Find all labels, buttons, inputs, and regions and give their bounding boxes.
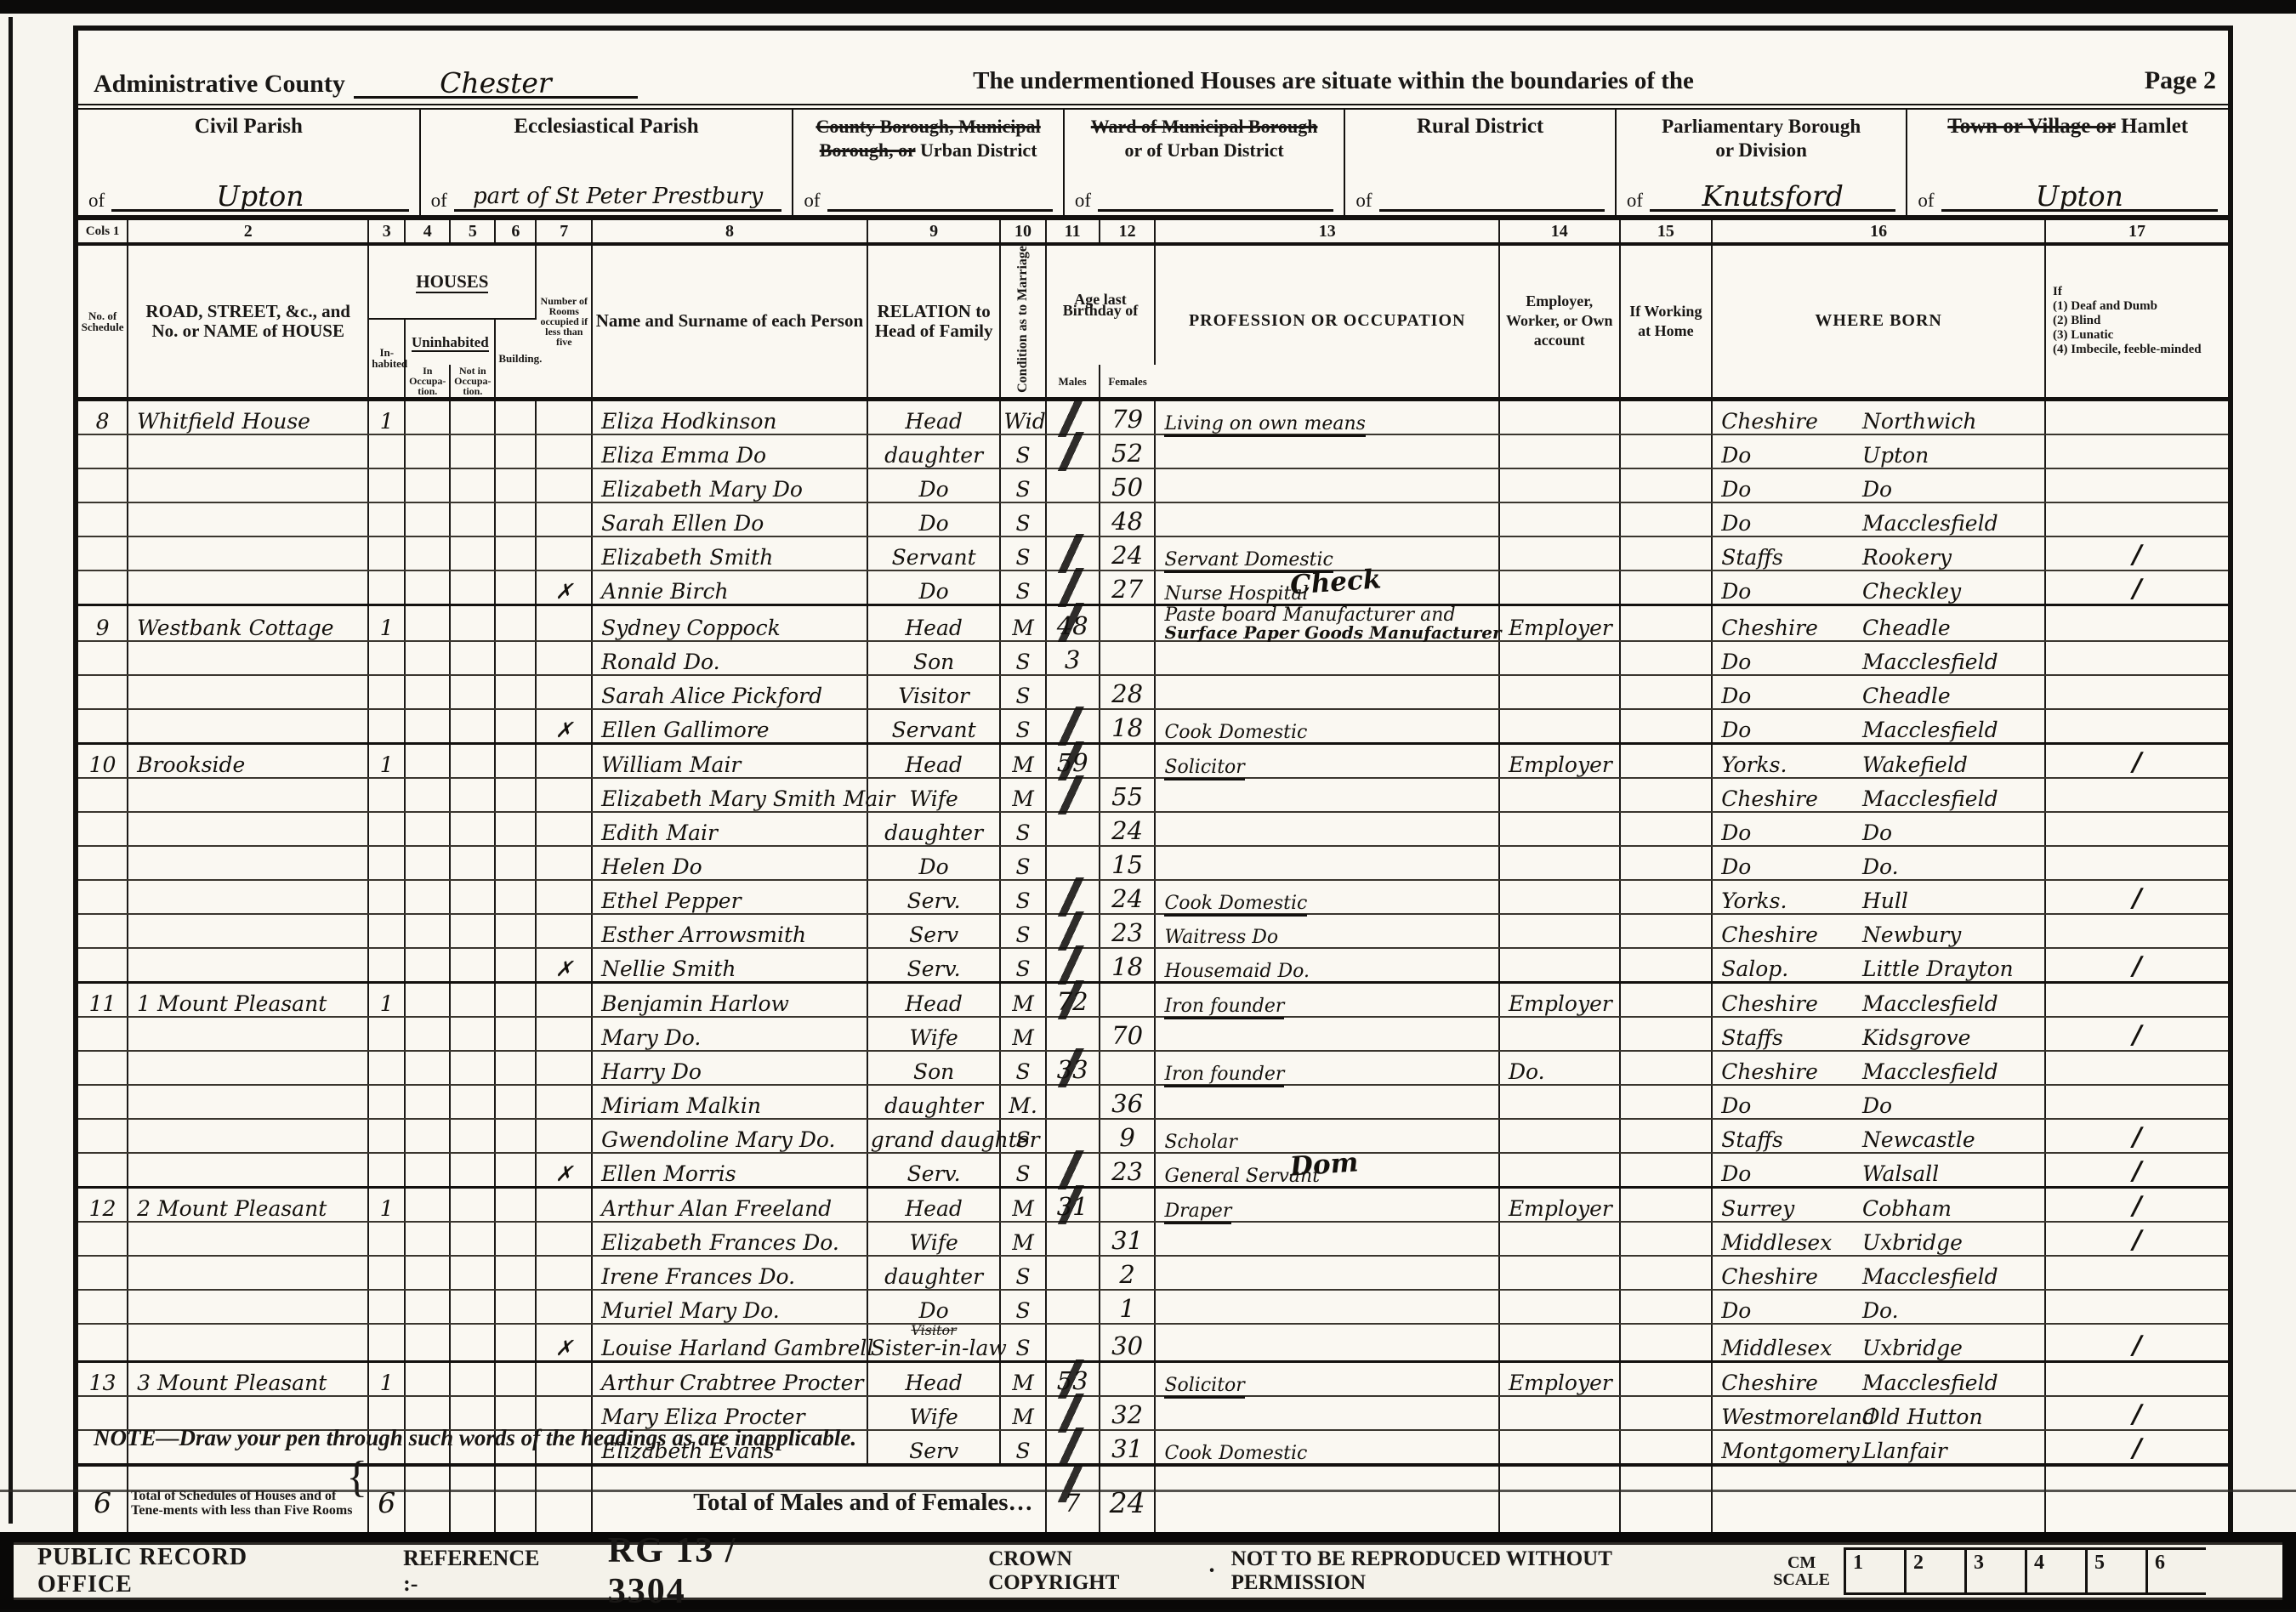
person-name-cell: Elizabeth Mary Smith Mair	[592, 778, 867, 812]
rooms-mark-cell	[536, 604, 592, 641]
born-place: Little Drayton	[1862, 956, 2042, 981]
relation-value: Serv	[909, 922, 958, 947]
uninhabited-not-in-occupation-cell	[450, 604, 495, 641]
working-at-home-cell	[1620, 536, 1713, 570]
infirmity-mark: /	[2133, 1433, 2142, 1463]
occupation-cell: Iron founder	[1155, 982, 1498, 1017]
uninhabited-in-occupation-cell	[405, 1153, 450, 1188]
building-col-header: Building.	[495, 319, 536, 399]
schedule-number-cell: 11	[78, 982, 128, 1017]
relation-cell: Visitor	[867, 675, 1001, 709]
person-name: Harry Do	[601, 1059, 702, 1084]
person-name-cell: Ethel Pepper	[592, 880, 867, 914]
inhabited-cell	[368, 468, 405, 502]
building-cell	[495, 1187, 536, 1222]
employer-cell	[1499, 1324, 1620, 1362]
building-cell	[495, 434, 536, 468]
where-born: DoMacclesfield	[1721, 511, 2042, 536]
employer-cell	[1499, 1396, 1620, 1430]
uninhabited-in-occupation-cell	[405, 846, 450, 880]
male-age-cell	[1046, 709, 1100, 744]
born-place: Macclesfield	[1862, 1371, 2042, 1395]
person-name: Sarah Ellen Do	[601, 511, 764, 536]
house-name-cell	[128, 1256, 368, 1290]
house-name-cell	[128, 536, 368, 570]
relation-value: Do	[919, 511, 949, 536]
person-name-cell: Arthur Alan Freeland	[592, 1187, 867, 1222]
employer-cell	[1499, 1085, 1620, 1119]
building-cell	[495, 1119, 536, 1153]
building-cell	[495, 675, 536, 709]
struck-text: Town or Village or	[1947, 115, 2116, 138]
person-name-cell: Edith Mair	[592, 812, 867, 846]
occupation-text: Housemaid Do.	[1164, 962, 1495, 981]
person-name: William Mair	[601, 752, 741, 777]
rooms-mark-cell	[536, 880, 592, 914]
condition-cell: S	[1000, 570, 1045, 605]
table-row: Eliza Emma DodaughterS52DoUpton	[78, 434, 2228, 468]
table-row: Ethel PepperServ.S24Cook DomesticYorks.H…	[78, 880, 2228, 914]
occupation-overwrite: Dom	[1290, 1153, 1360, 1177]
house-name-cell	[128, 948, 368, 983]
inhabited-cell	[368, 1085, 405, 1119]
uninhabited-not-in-occupation-cell	[450, 778, 495, 812]
occupation-line: Living on own means	[1164, 413, 1365, 437]
building-cell	[495, 1361, 536, 1396]
where-born-cell: DoCheadle	[1712, 675, 2045, 709]
male-age-cell: 33	[1046, 1051, 1100, 1085]
occupation-cell: Draper	[1155, 1187, 1498, 1222]
table-row: Sarah Alice PickfordVisitorS28DoCheadle	[78, 675, 2228, 709]
census-table: Cols 1 2 3 4 5 6 7 8 9 10 11 12 13 14 15…	[78, 220, 2228, 1540]
male-age-cell	[1046, 778, 1100, 812]
schedule-number-cell	[78, 1324, 128, 1362]
col-num: 2	[128, 220, 368, 244]
inhabited-cell	[368, 812, 405, 846]
person-name: Elizabeth Frances Do.	[601, 1230, 839, 1255]
house-name-cell	[128, 1017, 368, 1051]
inhabited-cell	[368, 536, 405, 570]
rooms-mark-cell	[536, 846, 592, 880]
relation-value: Servant	[892, 718, 976, 742]
born-place: Do.	[1862, 854, 2042, 879]
uninhabited-in-occupation-cell	[405, 502, 450, 536]
condition-cell: S	[1000, 641, 1045, 675]
infirmity-cell: /	[2045, 1187, 2228, 1222]
schedule-number-cell: 8	[78, 399, 128, 434]
table-row: Edith MairdaughterS24DoDo	[78, 812, 2228, 846]
building-cell	[495, 399, 536, 434]
where-born-cell: CheshireMacclesfield	[1712, 1256, 2045, 1290]
employer-cell	[1499, 502, 1620, 536]
uninhabited-in-occupation-cell	[405, 1119, 450, 1153]
female-age-cell: 28	[1100, 675, 1156, 709]
where-born-cell: DoMacclesfield	[1712, 502, 2045, 536]
table-row: Gwendoline Mary Do.grand daughterS9Schol…	[78, 1119, 2228, 1153]
employer-cell	[1499, 1119, 1620, 1153]
infirmity-cell: /	[2045, 1396, 2228, 1430]
occupation-cell: General ServantDom	[1155, 1153, 1498, 1188]
where-born: WestmorelandOld Hutton	[1721, 1405, 2042, 1429]
where-born: SurreyCobham	[1721, 1196, 2042, 1221]
empty-cell	[450, 1465, 495, 1540]
schedule-number-cell	[78, 1085, 128, 1119]
person-name-cell: Louise Harland Gambrell	[592, 1324, 867, 1362]
infirmity-cell	[2045, 914, 2228, 948]
parliamentary-borough-label: Parliamentary Borough or Division	[1623, 115, 1900, 162]
of-label: of	[1355, 190, 1372, 212]
born-county: Surrey	[1721, 1196, 1862, 1221]
condition-cell: S	[1000, 675, 1045, 709]
where-born: DoCheadle	[1721, 684, 2042, 708]
where-born: Salop.Little Drayton	[1721, 956, 2042, 981]
column-number-row: Cols 1 2 3 4 5 6 7 8 9 10 11 12 13 14 15…	[78, 220, 2228, 244]
person-name: Eliza Hodkinson	[601, 409, 776, 434]
occupation-cell: Cook Domestic	[1155, 1430, 1498, 1465]
infirmity-col-header: If (1) Deaf and Dumb (2) Blind (3) Lunat…	[2045, 244, 2228, 399]
relation-cell: daughter	[867, 434, 1001, 468]
female-age-cell: 18	[1100, 948, 1156, 983]
schedule-number-cell	[78, 1119, 128, 1153]
occupation-cell: Iron founder	[1155, 1051, 1498, 1085]
cm-scale-label: CM SCALE	[1773, 1554, 1830, 1588]
infirmity-mark: /	[2133, 951, 2142, 981]
where-born: MiddlesexUxbridge	[1721, 1230, 2042, 1255]
empty-cell	[1499, 1465, 1620, 1540]
relation-col-header: RELATION to Head of Family	[867, 244, 1001, 399]
male-age-cell: 59	[1046, 743, 1100, 778]
parliamentary-borough-box: Parliamentary Borough or Division of Knu…	[1617, 110, 1908, 215]
where-born-cell: DoDo.	[1712, 846, 2045, 880]
table-row: Mary Do.WifeM70StaffsKidsgrove/	[78, 1017, 2228, 1051]
house-name-cell	[128, 1051, 368, 1085]
where-born: DoCheckley	[1721, 579, 2042, 604]
born-place: Macclesfield	[1862, 1059, 2042, 1084]
col-num: 7	[536, 220, 592, 244]
schedule-number-cell	[78, 846, 128, 880]
where-born-cell: Yorks.Hull	[1712, 880, 2045, 914]
born-place: Upton	[1862, 443, 2042, 468]
infirmity-cell	[2045, 778, 2228, 812]
schedule-number-cell	[78, 675, 128, 709]
empty-cell	[405, 1465, 450, 1540]
female-age-cell: 24	[1100, 880, 1156, 914]
relation-cell: Head	[867, 1187, 1001, 1222]
person-name: Esther Arrowsmith	[601, 922, 806, 947]
uninhabited-not-in-occupation-cell	[450, 1222, 495, 1256]
born-county: Do	[1721, 684, 1862, 708]
employer-cell: Employer	[1499, 982, 1620, 1017]
relation-cell: daughter	[867, 1256, 1001, 1290]
occupation-text: General ServantDom	[1164, 1167, 1495, 1186]
table-row: ✗Nellie SmithServ.S18Housemaid Do.Salop.…	[78, 948, 2228, 983]
rooms-mark-cell	[536, 812, 592, 846]
civil-parish-value: Upton	[111, 184, 408, 212]
rooms-mark-cell	[536, 675, 592, 709]
employer-col-header: Employer, Worker, or Own account	[1499, 244, 1620, 399]
col-num: 5	[450, 220, 495, 244]
born-county: Cheshire	[1721, 1059, 1862, 1084]
working-at-home-cell	[1620, 502, 1713, 536]
table-row: Muriel Mary Do.DoS1DoDo.	[78, 1290, 2228, 1324]
occupation-line: Nurse Hospital	[1164, 583, 1308, 604]
males-females-total-label: Total of Males and of Females…	[592, 1465, 1045, 1540]
occupation-line: Cook Domestic	[1164, 893, 1307, 917]
table-row: ✗Annie BirchDoS27Nurse HospitalCheckDoCh…	[78, 570, 2228, 605]
rooms-mark-cell	[536, 502, 592, 536]
where-born-cell: CheshireCheadle	[1712, 604, 2045, 641]
person-name-cell: Mary Do.	[592, 1017, 867, 1051]
relation-cell: Do	[867, 570, 1001, 605]
infirmity-cell: /	[2045, 880, 2228, 914]
born-place: Macclesfield	[1862, 511, 2042, 536]
where-born-cell: StaffsNewcastle	[1712, 1119, 2045, 1153]
person-name-cell: Harry Do	[592, 1051, 867, 1085]
born-county: Do	[1721, 1298, 1862, 1323]
occupation-cell	[1155, 1256, 1498, 1290]
born-place: Wakefield	[1862, 752, 2042, 777]
females-col-header: Females	[1100, 365, 1156, 399]
born-county: Middlesex	[1721, 1230, 1862, 1255]
where-born-cell: StaffsRookery	[1712, 536, 2045, 570]
building-cell	[495, 1017, 536, 1051]
person-name-cell: Esther Arrowsmith	[592, 914, 867, 948]
table-row: Irene Frances Do.daughterS2CheshireMaccl…	[78, 1256, 2228, 1290]
infirmity-cell	[2045, 709, 2228, 744]
building-cell	[495, 1324, 536, 1362]
relation-value: Wife	[909, 1405, 958, 1429]
where-born-cell: WestmorelandOld Hutton	[1712, 1396, 2045, 1430]
schedule-number-cell	[78, 536, 128, 570]
working-at-home-cell	[1620, 1085, 1713, 1119]
condition-cell: S	[1000, 1256, 1045, 1290]
form-header-band: Administrative County Chester The underm…	[78, 31, 2228, 110]
civil-parish-box: Civil Parish of Upton	[78, 110, 421, 215]
table-row: 9Westbank Cottage1Sydney CoppockHeadM48P…	[78, 604, 2228, 641]
female-age-cell: 31	[1100, 1222, 1156, 1256]
working-at-home-cell	[1620, 812, 1713, 846]
female-age-cell: 79	[1100, 399, 1156, 434]
uninhabited-not-in-occupation-cell	[450, 536, 495, 570]
infirmity-mark: /	[2133, 1156, 2142, 1186]
relation-cell: Wife	[867, 1222, 1001, 1256]
inhabited-cell	[368, 1256, 405, 1290]
occupation-cell: Solicitor	[1155, 1361, 1498, 1396]
inhabited-cell	[368, 1017, 405, 1051]
house-name-cell	[128, 914, 368, 948]
building-cell	[495, 982, 536, 1017]
occupation-cell	[1155, 812, 1498, 846]
where-born-cell: MiddlesexUxbridge	[1712, 1222, 2045, 1256]
building-cell	[495, 1222, 536, 1256]
occupation-text: Solicitor	[1164, 758, 1495, 777]
empty-cell	[1712, 1465, 2045, 1540]
working-at-home-cell	[1620, 1290, 1713, 1324]
person-name: Ellen Gallimore	[601, 718, 769, 742]
schedule-number-cell: 9	[78, 604, 128, 641]
infirmity-cell	[2045, 982, 2228, 1017]
inhabited-cell	[368, 709, 405, 744]
relation-cell: grand daughter	[867, 1119, 1001, 1153]
female-age-cell	[1100, 1361, 1156, 1396]
born-place: Uxbridge	[1862, 1230, 2042, 1255]
uninhabited-in-occupation-cell	[405, 982, 450, 1017]
relation-value: Wife	[909, 1230, 958, 1255]
not-in-occupation-col-header: Not in Occupa-tion.	[450, 365, 495, 399]
inhabited-cell	[368, 1222, 405, 1256]
uninhabited-in-occupation-cell	[405, 570, 450, 605]
inhabited-cell: 1	[368, 1187, 405, 1222]
person-name-cell: Elizabeth Mary Do	[592, 468, 867, 502]
condition-cell: S	[1000, 846, 1045, 880]
relation-value: Son	[913, 1059, 954, 1084]
building-cell	[495, 1290, 536, 1324]
separator-dot: ·	[1208, 1558, 1215, 1585]
permission-label: NOT TO BE REPRODUCED WITHOUT PERMISSION	[1231, 1547, 1714, 1595]
table-row: Miriam MalkindaughterM.36DoDo	[78, 1085, 2228, 1119]
age-group-header: Age last Birthday of	[1046, 244, 1156, 365]
employer-cell	[1499, 880, 1620, 914]
rooms-mark-cell	[536, 641, 592, 675]
house-name-cell	[128, 1222, 368, 1256]
male-age-cell	[1046, 1324, 1100, 1362]
female-age-cell: 32	[1100, 1396, 1156, 1430]
public-record-office-label: PUBLIC RECORD OFFICE	[37, 1544, 327, 1598]
relation-value: daughter	[884, 820, 983, 845]
working-at-home-cell	[1620, 1361, 1713, 1396]
working-at-home-cell	[1620, 1396, 1713, 1430]
of-label: of	[88, 190, 105, 212]
born-county: Cheshire	[1721, 409, 1862, 434]
relation-value: Wife	[909, 786, 958, 811]
inhabited-cell	[368, 675, 405, 709]
label-text: Hamlet	[2116, 115, 2188, 138]
building-cell	[495, 948, 536, 983]
house-name-cell	[128, 502, 368, 536]
relation-value: Head	[905, 409, 963, 434]
person-name-cell: Sarah Alice Pickford	[592, 675, 867, 709]
female-age-cell	[1100, 1187, 1156, 1222]
name-col-header: Name and Surname of each Person	[592, 244, 867, 399]
male-age-cell	[1046, 1256, 1100, 1290]
person-name-cell: Annie Birch	[592, 570, 867, 605]
house-name-cell: Brookside	[128, 743, 368, 778]
born-place: Cheadle	[1862, 616, 2042, 640]
parliamentary-borough-value: Knutsford	[1650, 184, 1895, 212]
occupation-line: Iron founder	[1164, 1064, 1284, 1087]
male-age-cell: 31	[1046, 1187, 1100, 1222]
working-at-home-cell	[1620, 914, 1713, 948]
relation-cell: Head	[867, 982, 1001, 1017]
person-name: Irene Frances Do.	[601, 1264, 795, 1289]
inhabited-cell: 1	[368, 1361, 405, 1396]
where-born: CheshireNewbury	[1721, 922, 2042, 947]
uninhabited-not-in-occupation-cell	[450, 982, 495, 1017]
building-cell	[495, 1256, 536, 1290]
uninhabited-in-occupation-cell	[405, 812, 450, 846]
relation-cell: VisitorSister-in-law	[867, 1324, 1001, 1362]
uninhabited-not-in-occupation-cell	[450, 1324, 495, 1362]
ward-box: Ward of Municipal Borough or of Urban Di…	[1065, 110, 1346, 215]
born-county: Staffs	[1721, 545, 1862, 570]
house-name-cell	[128, 846, 368, 880]
born-county: Do	[1721, 477, 1862, 502]
male-age-cell	[1046, 468, 1100, 502]
uninhabited-not-in-occupation-cell	[450, 675, 495, 709]
of-label: of	[804, 190, 820, 212]
working-at-home-cell	[1620, 1430, 1713, 1465]
employer-cell	[1499, 914, 1620, 948]
rooms-mark-cell	[536, 1017, 592, 1051]
building-cell	[495, 641, 536, 675]
condition-cell: S	[1000, 434, 1045, 468]
where-born-cell: CheshireMacclesfield	[1712, 982, 2045, 1017]
employer-cell	[1499, 570, 1620, 605]
condition-cell: S	[1000, 948, 1045, 983]
building-cell	[495, 743, 536, 778]
uninhabited-in-occupation-cell	[405, 1222, 450, 1256]
employer-cell	[1499, 1017, 1620, 1051]
col-num: 10	[1000, 220, 1045, 244]
person-name-cell: Gwendoline Mary Do.	[592, 1119, 867, 1153]
uninhabited-not-in-occupation-cell	[450, 914, 495, 948]
working-at-home-cell	[1620, 675, 1713, 709]
occupation-line: Cook Domestic	[1164, 722, 1307, 743]
relation-cell: Serv	[867, 914, 1001, 948]
col-num: 3	[368, 220, 405, 244]
females-total: 24	[1100, 1465, 1156, 1540]
schedule-col-header: No. of Schedule	[78, 244, 128, 399]
born-place: Uxbridge	[1862, 1336, 2042, 1360]
infirmity-cell	[2045, 641, 2228, 675]
male-age-cell	[1046, 914, 1100, 948]
employer-cell: Employer	[1499, 1361, 1620, 1396]
label-text: or of Urban District	[1125, 139, 1284, 161]
struck-text: Borough, or	[820, 139, 916, 161]
occupation-text: Cook Domestic	[1164, 1445, 1495, 1463]
condition-cell: S	[1000, 1324, 1045, 1362]
born-county: Yorks.	[1721, 752, 1862, 777]
condition-cell: M	[1000, 743, 1045, 778]
county-borough-box: County Borough, Municipal Borough, or Ur…	[793, 110, 1065, 215]
occupation-cell: Servant Domestic	[1155, 536, 1498, 570]
relation-value: Do	[919, 1298, 949, 1323]
person-name-cell: Sarah Ellen Do	[592, 502, 867, 536]
male-age-cell	[1046, 1119, 1100, 1153]
inhabited-cell	[368, 948, 405, 983]
col-num: 4	[405, 220, 450, 244]
where-born: DoMacclesfield	[1721, 650, 2042, 674]
building-cell	[495, 1051, 536, 1085]
infirmity-cell: /	[2045, 948, 2228, 983]
infirmity-mark: /	[2133, 883, 2142, 913]
uninhabited-group-header: Uninhabited	[405, 319, 495, 365]
condition-col-header: Condition as to Marriage	[1000, 244, 1045, 399]
born-county: Do	[1721, 443, 1862, 468]
building-cell	[495, 846, 536, 880]
person-name-cell: Ellen Morris	[592, 1153, 867, 1188]
where-born-cell: StaffsKidsgrove	[1712, 1017, 2045, 1051]
occupation-cell	[1155, 641, 1498, 675]
female-age-cell: 70	[1100, 1017, 1156, 1051]
female-age-cell: 18	[1100, 709, 1156, 744]
table-body: 8Whitfield House1Eliza HodkinsonHeadWid7…	[78, 399, 2228, 1465]
infirmity-mark: /	[2133, 574, 2142, 604]
infirmity-cell	[2045, 1290, 2228, 1324]
person-name: Helen Do	[601, 854, 702, 879]
born-county: Montgomery	[1721, 1439, 1862, 1463]
census-form: Administrative County Chester The underm…	[73, 26, 2233, 1545]
